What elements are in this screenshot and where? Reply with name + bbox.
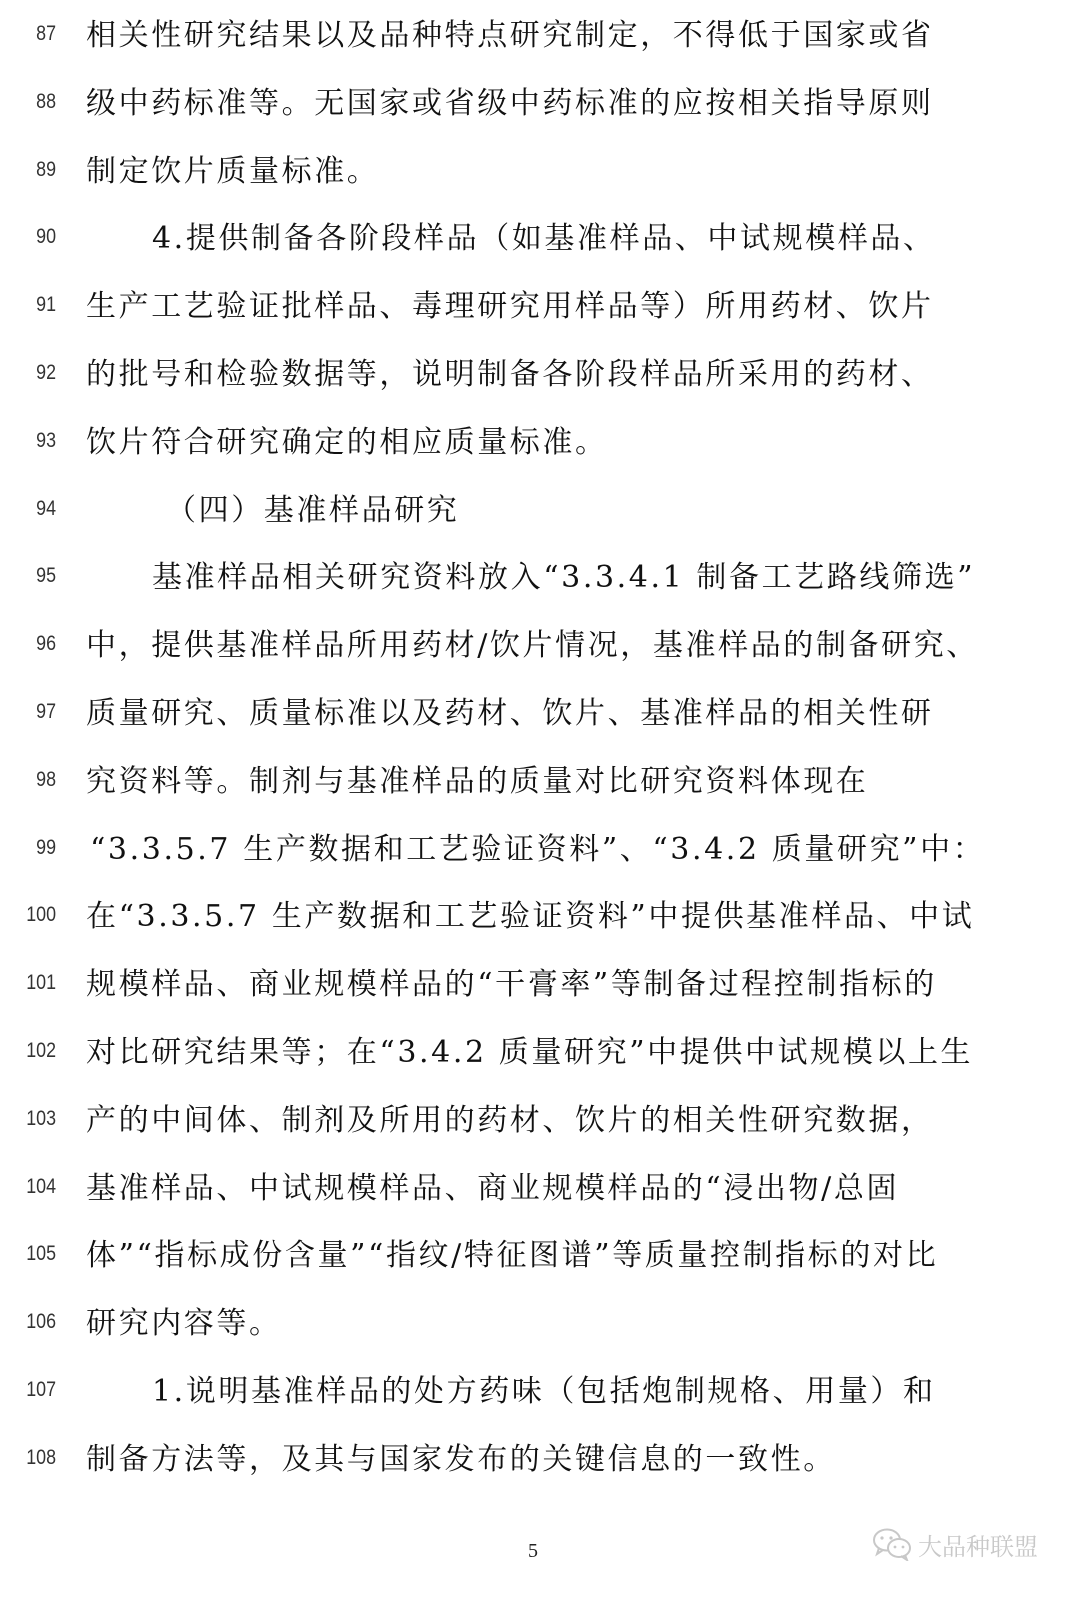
line-number: 88 bbox=[8, 90, 56, 114]
line-number: 103 bbox=[8, 1107, 56, 1131]
line-number: 96 bbox=[8, 632, 56, 656]
line-text: 规模样品、商业规模样品的“干膏率”等制备过程控制指标的 bbox=[86, 959, 991, 1003]
line-text: 1.说明基准样品的处方药味（包括炮制规格、用量）和 bbox=[152, 1366, 992, 1410]
document-line: 92的批号和检验数据等，说明制备各阶段样品所采用的药材、 bbox=[0, 345, 1080, 413]
line-text: 体”“指标成份含量”“指纹/特征图谱”等质量控制指标的对比 bbox=[86, 1230, 991, 1274]
document-line: 94（四）基准样品研究 bbox=[0, 481, 1080, 549]
line-text: “3.3.5.7 生产数据和工艺验证资料”、“3.4.2 质量研究”中： bbox=[90, 824, 995, 868]
document-line: 98究资料等。制剂与基准样品的质量对比研究资料体现在 bbox=[0, 752, 1080, 820]
document-line: 104基准样品、中试规模样品、商业规模样品的“浸出物/总固 bbox=[0, 1159, 1080, 1227]
line-text: 相关性研究结果以及品种特点研究制定，不得低于国家或省 bbox=[86, 10, 991, 54]
wechat-icon bbox=[872, 1527, 912, 1561]
document-line: 91生产工艺验证批样品、毒理研究用样品等）所用药材、饮片 bbox=[0, 277, 1080, 345]
page-number: 5 bbox=[528, 1540, 538, 1563]
line-text: 饮片符合研究确定的相应质量标准。 bbox=[86, 417, 991, 461]
line-number: 97 bbox=[8, 700, 56, 724]
line-number: 92 bbox=[8, 361, 56, 385]
watermark-text: 大品种联盟 bbox=[918, 1527, 1038, 1562]
line-number: 91 bbox=[8, 293, 56, 317]
line-number: 104 bbox=[8, 1175, 56, 1199]
line-text: 对比研究结果等；在“3.4.2 质量研究”中提供中试规模以上生 bbox=[86, 1027, 991, 1071]
line-text: 质量研究、质量标准以及药材、饮片、基准样品的相关性研 bbox=[86, 688, 991, 732]
line-text: 基准样品相关研究资料放入“3.3.4.1 制备工艺路线筛选” bbox=[152, 552, 992, 596]
document-line: 95基准样品相关研究资料放入“3.3.4.1 制备工艺路线筛选” bbox=[0, 548, 1080, 616]
document-line: 101规模样品、商业规模样品的“干膏率”等制备过程控制指标的 bbox=[0, 955, 1080, 1023]
document-line: 93饮片符合研究确定的相应质量标准。 bbox=[0, 413, 1080, 481]
document-line: 100在“3.3.5.7 生产数据和工艺验证资料”中提供基准样品、中试 bbox=[0, 887, 1080, 955]
line-text: 4.提供制备各阶段样品（如基准样品、中试规模样品、 bbox=[152, 213, 992, 257]
line-text: 在“3.3.5.7 生产数据和工艺验证资料”中提供基准样品、中试 bbox=[86, 891, 991, 935]
document-line: 1071.说明基准样品的处方药味（包括炮制规格、用量）和 bbox=[0, 1362, 1080, 1430]
line-text: 基准样品、中试规模样品、商业规模样品的“浸出物/总固 bbox=[86, 1163, 991, 1207]
document-line: 108制备方法等，及其与国家发布的关键信息的一致性。 bbox=[0, 1430, 1080, 1498]
line-number: 107 bbox=[8, 1378, 56, 1402]
document-line: 88级中药标准等。无国家或省级中药标准的应按相关指导原则 bbox=[0, 74, 1080, 142]
watermark: 大品种联盟 bbox=[872, 1524, 1038, 1564]
line-number: 99 bbox=[8, 836, 56, 860]
line-number: 101 bbox=[8, 971, 56, 995]
line-text: 的批号和检验数据等，说明制备各阶段样品所采用的药材、 bbox=[86, 349, 991, 393]
line-text: 级中药标准等。无国家或省级中药标准的应按相关指导原则 bbox=[86, 78, 991, 122]
line-number: 102 bbox=[8, 1039, 56, 1063]
line-text: 制定饮片质量标准。 bbox=[86, 146, 991, 190]
line-number: 87 bbox=[8, 22, 56, 46]
line-number: 108 bbox=[8, 1446, 56, 1470]
line-text: 产的中间体、制剂及所用的药材、饮片的相关性研究数据， bbox=[86, 1095, 991, 1139]
document-line: 106研究内容等。 bbox=[0, 1294, 1080, 1362]
line-number: 95 bbox=[8, 564, 56, 588]
line-number: 105 bbox=[8, 1242, 56, 1266]
line-text: 中，提供基准样品所用药材/饮片情况，基准样品的制备研究、 bbox=[86, 620, 991, 664]
line-number: 94 bbox=[8, 497, 56, 521]
line-text: 生产工艺验证批样品、毒理研究用样品等）所用药材、饮片 bbox=[86, 281, 991, 325]
document-line: 103产的中间体、制剂及所用的药材、饮片的相关性研究数据， bbox=[0, 1091, 1080, 1159]
line-number: 93 bbox=[8, 429, 56, 453]
line-text: 究资料等。制剂与基准样品的质量对比研究资料体现在 bbox=[86, 756, 991, 800]
document-line: 87相关性研究结果以及品种特点研究制定，不得低于国家或省 bbox=[0, 6, 1080, 74]
document-line: 89制定饮片质量标准。 bbox=[0, 142, 1080, 210]
document-line: 904.提供制备各阶段样品（如基准样品、中试规模样品、 bbox=[0, 209, 1080, 277]
line-number: 89 bbox=[8, 158, 56, 182]
document-line: 97质量研究、质量标准以及药材、饮片、基准样品的相关性研 bbox=[0, 684, 1080, 752]
line-number: 98 bbox=[8, 768, 56, 792]
section-heading: （四）基准样品研究 bbox=[166, 485, 1071, 529]
line-text: 研究内容等。 bbox=[86, 1298, 991, 1342]
document-page: 87相关性研究结果以及品种特点研究制定，不得低于国家或省88级中药标准等。无国家… bbox=[0, 0, 1080, 1605]
document-line: 99“3.3.5.7 生产数据和工艺验证资料”、“3.4.2 质量研究”中： bbox=[0, 820, 1080, 888]
document-line: 105体”“指标成份含量”“指纹/特征图谱”等质量控制指标的对比 bbox=[0, 1226, 1080, 1294]
line-number: 106 bbox=[8, 1310, 56, 1334]
document-line: 102对比研究结果等；在“3.4.2 质量研究”中提供中试规模以上生 bbox=[0, 1023, 1080, 1091]
document-line: 96中，提供基准样品所用药材/饮片情况，基准样品的制备研究、 bbox=[0, 616, 1080, 684]
line-number: 90 bbox=[8, 225, 56, 249]
line-number: 100 bbox=[8, 903, 56, 927]
line-text: 制备方法等，及其与国家发布的关键信息的一致性。 bbox=[86, 1434, 991, 1478]
